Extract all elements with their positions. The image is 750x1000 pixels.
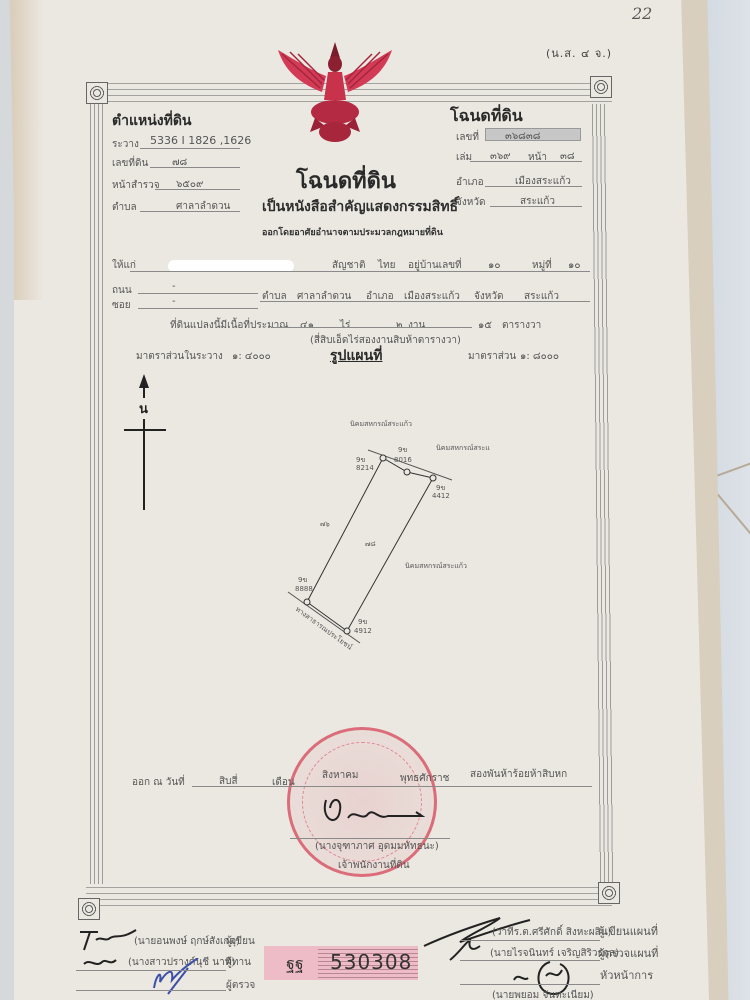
- marker-code: 9ข: [298, 576, 307, 584]
- underline: [460, 984, 600, 985]
- value-ngan: ๒: [396, 318, 403, 333]
- label-year: พุทธศักราช: [400, 771, 449, 786]
- marker-8888: 8888: [295, 585, 313, 593]
- label-area: ที่ดินแปลงนี้มีเนื้อที่ประมาณ: [170, 318, 289, 333]
- officer-signature: [318, 790, 428, 830]
- underline: [140, 211, 240, 212]
- value-month: สิงหาคม: [322, 768, 358, 783]
- label-survey-page: หน้าสำรวจ: [112, 178, 160, 193]
- label-page: หน้า: [528, 150, 547, 165]
- paper-stain: [14, 0, 44, 300]
- value-sheet: 5336 I 1826 ,1626: [150, 134, 251, 147]
- underline: [150, 167, 240, 168]
- issuing-authority: ออกโดยอาศัยอำนาจตามประมวลกฎหมายที่ดิน: [262, 225, 443, 239]
- document-subtitle: เป็นหนังสือสำคัญแสดงกรรมสิทธิ์: [262, 196, 458, 218]
- serial-prefix: ฐฐ: [286, 952, 304, 977]
- north-arrow-icon: [122, 374, 168, 514]
- marker-4912: 4912: [354, 627, 372, 635]
- underline: [485, 186, 582, 187]
- underline: [460, 960, 600, 961]
- label-land-no: เลขที่ดิน: [112, 156, 148, 171]
- location-heading: ตำแหน่งที่ดิน: [112, 110, 192, 132]
- map-checker-role: ผู้ตรวจแผนที่: [598, 944, 658, 962]
- marker-4412: 4412: [432, 492, 450, 500]
- marker-8214: 8214: [356, 464, 374, 472]
- label-tambon: ตำบล: [112, 200, 137, 215]
- form-code: (น.ส. ๔ จ.): [546, 44, 612, 62]
- underline: [138, 308, 258, 309]
- value-road: -: [172, 281, 176, 292]
- parcel-map: นิคมสหกรณ์สระแก้ว นิคมสหกรณ์สระแก้ว นิคม…: [270, 410, 490, 650]
- parcel-label-adjacent: ๗๖: [320, 520, 330, 528]
- value-deed-no: ๓๖๘๓๘: [505, 129, 540, 144]
- label-issued-on: ออก ณ วันที่: [132, 775, 185, 790]
- underline: [76, 990, 226, 991]
- unit-wa: ตารางวา: [502, 318, 541, 333]
- neighbor-east: นิคมสหกรณ์สระแก้ว: [405, 562, 467, 570]
- corner-ornament-icon: [590, 76, 612, 98]
- value-map-scale: ๑: ๘๐๐๐: [520, 349, 559, 364]
- label-province: จังหวัด: [456, 195, 485, 210]
- corner-ornament-icon: [86, 82, 108, 104]
- neighbor-north: นิคมสหกรณ์สระแก้ว: [350, 420, 412, 428]
- value-year: สองพันห้าร้อยห้าสิบหก: [470, 767, 567, 782]
- signature-checker: [148, 958, 208, 998]
- underline: [130, 271, 590, 272]
- corner-ornament-icon: [598, 882, 620, 904]
- underline: [490, 206, 582, 207]
- border-bottom: [86, 884, 612, 908]
- label-deed-no: เลขที่: [456, 130, 479, 145]
- map-writer-role: ผู้เขียนแผนที่: [598, 922, 658, 940]
- underline: [76, 970, 226, 971]
- underline: [140, 148, 240, 149]
- unit-rai: ไร่: [340, 318, 350, 333]
- label-sheet: ระวาง: [112, 137, 139, 152]
- label-month: เดือน: [272, 775, 295, 790]
- label-map-scale: มาตราส่วน: [468, 349, 516, 364]
- officer-title: เจ้าพนักงานที่ดิน: [338, 858, 410, 873]
- label-amphoe: อำเภอ: [456, 175, 484, 190]
- head-name: (นายพยอม จันทะเนียม): [492, 988, 594, 1000]
- garuda-emblem-icon: [270, 40, 400, 145]
- underline: [138, 293, 258, 294]
- map-writer-name: (ว่าที่ร.ต.ศรีศักดิ์ สิงหะผลิน): [492, 925, 611, 940]
- serial-number: 530308: [330, 950, 412, 974]
- marker-code: 9ข: [358, 618, 367, 626]
- unit-ngan: งาน: [408, 318, 425, 333]
- marker-code: 9ข: [356, 456, 365, 464]
- marker-code: 9ข: [398, 446, 407, 454]
- value-wa: ๑๕: [478, 318, 492, 333]
- page-number: 22: [632, 4, 652, 23]
- corner-ornament-icon: [78, 898, 100, 920]
- marker-code: 9ข: [436, 484, 445, 492]
- head-role: หัวหน้าการ: [600, 966, 653, 984]
- underline: [470, 161, 582, 162]
- value-soi: -: [172, 296, 176, 307]
- label-road: ถนน: [112, 283, 132, 298]
- border-left: [88, 104, 104, 884]
- checker-role: ผู้ตรวจ: [226, 978, 255, 993]
- underline: [192, 786, 592, 787]
- parcel-label-main: ๗๘: [365, 540, 376, 548]
- writer-name: (นายอนพงษ์ ฤกษ์สังเกตุ): [134, 934, 240, 949]
- underline: [155, 189, 240, 190]
- underline: [460, 940, 600, 941]
- officer-name: (นางจุฑาภาศ อุดมมหัทธนะ): [315, 839, 439, 854]
- label-soi: ซอย: [112, 298, 131, 313]
- label-sheet-scale: มาตราส่วนในระวาง: [136, 349, 223, 364]
- document-title: โฉนดที่ดิน: [296, 163, 396, 198]
- reviewer-role: ผู้ทาน: [226, 955, 251, 970]
- underline: [260, 301, 590, 302]
- value-rai: ๔๑: [300, 318, 314, 333]
- neighbor-road: ทางสาธารณประโยชน์: [294, 604, 354, 650]
- writer-role: ผู้เขียน: [226, 934, 255, 949]
- deed-heading: โฉนดที่ดิน: [450, 104, 523, 129]
- label-volume: เล่ม: [456, 150, 472, 165]
- underline: [272, 327, 472, 328]
- neighbor-northeast: นิคมสหกรณ์สระแก้ว: [436, 444, 490, 452]
- value-sheet-scale: ๑: ๔๐๐๐: [232, 349, 271, 364]
- north-label: น: [139, 398, 148, 419]
- map-title: รูปแผนที่: [330, 345, 382, 367]
- marker-8016: 8016: [394, 456, 412, 464]
